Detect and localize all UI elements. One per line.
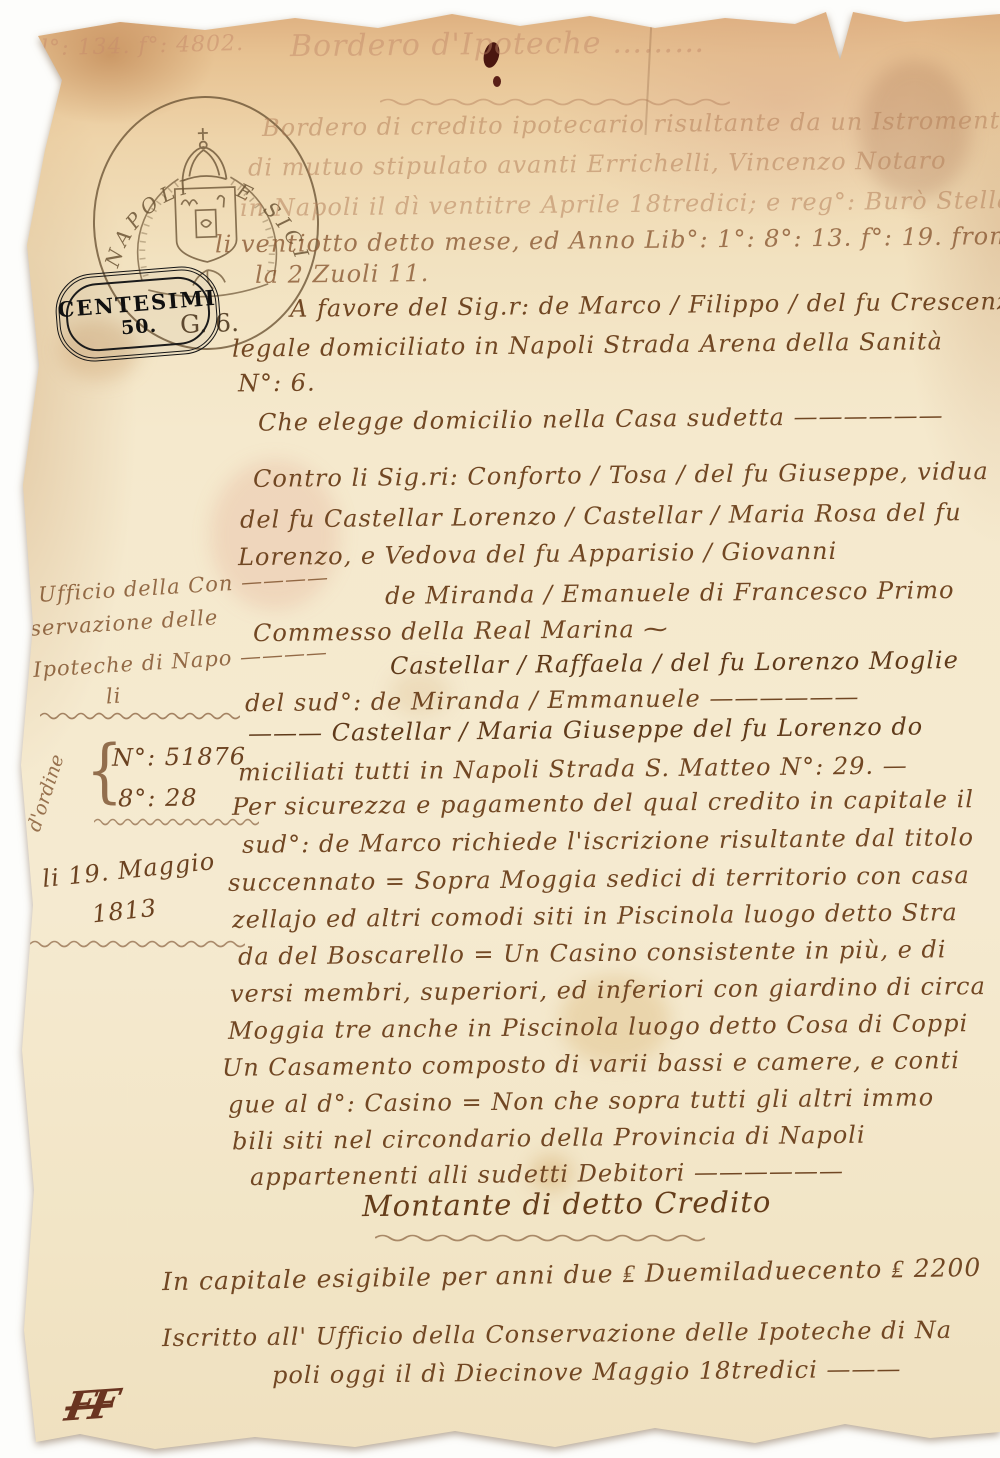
centesimi-fee-stamp: CENTESIMI 50. <box>53 264 223 365</box>
handwritten-line: li ventiotto detto mese, ed Anno Lib°: 1… <box>215 224 1000 257</box>
handwritten-line: legale domiciliato in Napoli Strada Aren… <box>232 329 943 360</box>
handwritten-line: Per sicurezza e pagamento del qual credi… <box>232 787 974 819</box>
signature-paraph: FF <box>61 1380 117 1430</box>
margin-note-line: servazione delle <box>30 607 219 639</box>
handwritten-line: Castellar / Raffaela / del fu Lorenzo Mo… <box>390 648 959 678</box>
margin-note-line: Ipoteche di Napo ———— <box>33 642 329 681</box>
paper-wrap: Vol°: 134. f°: 4802. Bordero d'Ipoteche … <box>0 0 1000 1458</box>
handwritten-line: bili siti nel circondario della Provinci… <box>232 1123 866 1154</box>
ink-blot <box>493 76 501 87</box>
volume-folio-reference: Vol°: 134. f°: 4802. <box>12 33 245 61</box>
section-heading-montante: Montante di detto Credito <box>362 1188 772 1221</box>
handwritten-line: del sud°: de Miranda / Emmanuele —————— <box>245 685 860 715</box>
handwritten-line: Che elegge domicilio nella Casa sudetta … <box>258 403 944 434</box>
aged-paper-sheet: Vol°: 134. f°: 4802. Bordero d'Ipoteche … <box>0 0 1000 1458</box>
wavy-separator <box>30 938 245 950</box>
document-scan: Vol°: 134. f°: 4802. Bordero d'Ipoteche … <box>0 0 1000 1458</box>
handwritten-line: zellajo ed altri comodi siti in Piscinol… <box>232 900 958 932</box>
handwritten-line: in Napoli il dì ventitre Aprile 18tredic… <box>240 188 1000 220</box>
handwritten-line: da del Boscarello = Un Casino consistent… <box>238 937 947 968</box>
ink-blot <box>831 2 844 19</box>
flourish-underline <box>380 96 730 108</box>
fee-stamp-inner: CENTESIMI 50. <box>64 274 213 353</box>
handwritten-line: del fu Castellar Lorenzo / Castellar / M… <box>240 500 962 532</box>
handwritten-line: Moggia tre anche in Piscinola luogo dett… <box>228 1011 968 1043</box>
handwritten-line: succennato = Sopra Moggia sedici di terr… <box>228 863 970 895</box>
handwritten-line: poli oggi il dì Diecinove Maggio 18tredi… <box>272 1357 902 1388</box>
handwritten-line: A favore del Sig.r: de Marco / Filippo /… <box>290 289 1000 321</box>
handwritten-line: versi membri, superiori, ed inferiori co… <box>230 974 986 1006</box>
handwritten-line: Contro li Sig.ri: Conforto / Tosa / del … <box>253 459 989 491</box>
margin-note-line: Ufficio della Con ———— <box>38 567 330 606</box>
document-title: Bordero d'Ipoteche ……… <box>290 28 705 62</box>
handwritten-line: de Miranda / Emanuele di Francesco Primo <box>385 578 955 608</box>
registry-number: N°: 51876 <box>112 744 246 769</box>
handwritten-line: la 2 Zuoli 11. <box>255 261 429 287</box>
margin-note-line: li <box>105 686 122 708</box>
handwritten-line: sud°: de Marco richiede l'iscrizione ris… <box>242 825 974 857</box>
handwritten-line: Un Casamento composto di varii bassi e c… <box>222 1048 960 1080</box>
registry-date-year: 1813 <box>91 896 158 927</box>
handwritten-line: ——— Castellar / Maria Giuseppe del fu Lo… <box>248 714 923 745</box>
handwritten-line: miciliati tutti in Napoli Strada S. Matt… <box>238 753 908 784</box>
handwritten-line: Bordero di credito ipotecario risultante… <box>262 108 1000 140</box>
handwritten-line: N°: 6. <box>238 371 316 396</box>
margin-vertical-label: d'ordine <box>23 752 69 835</box>
handwritten-line: di mutuo stipulato avanti Errichelli, Vi… <box>248 148 947 179</box>
fee-stamp-value: 50. <box>120 314 158 339</box>
handwritten-line: gue al d°: Casino = Non che sopra tutti … <box>228 1085 934 1116</box>
wavy-underline <box>375 1232 705 1244</box>
registry-octavo: 8°: 28 <box>118 786 198 811</box>
registry-date-day: li 19. Maggio <box>41 849 216 891</box>
crown-icon <box>181 127 227 181</box>
handwritten-line: Iscritto all' Ufficio della Conservazion… <box>162 1318 952 1350</box>
capital-amount-line: In capitale esigibile per anni due ₤ Due… <box>162 1255 982 1294</box>
wavy-separator <box>40 710 240 722</box>
